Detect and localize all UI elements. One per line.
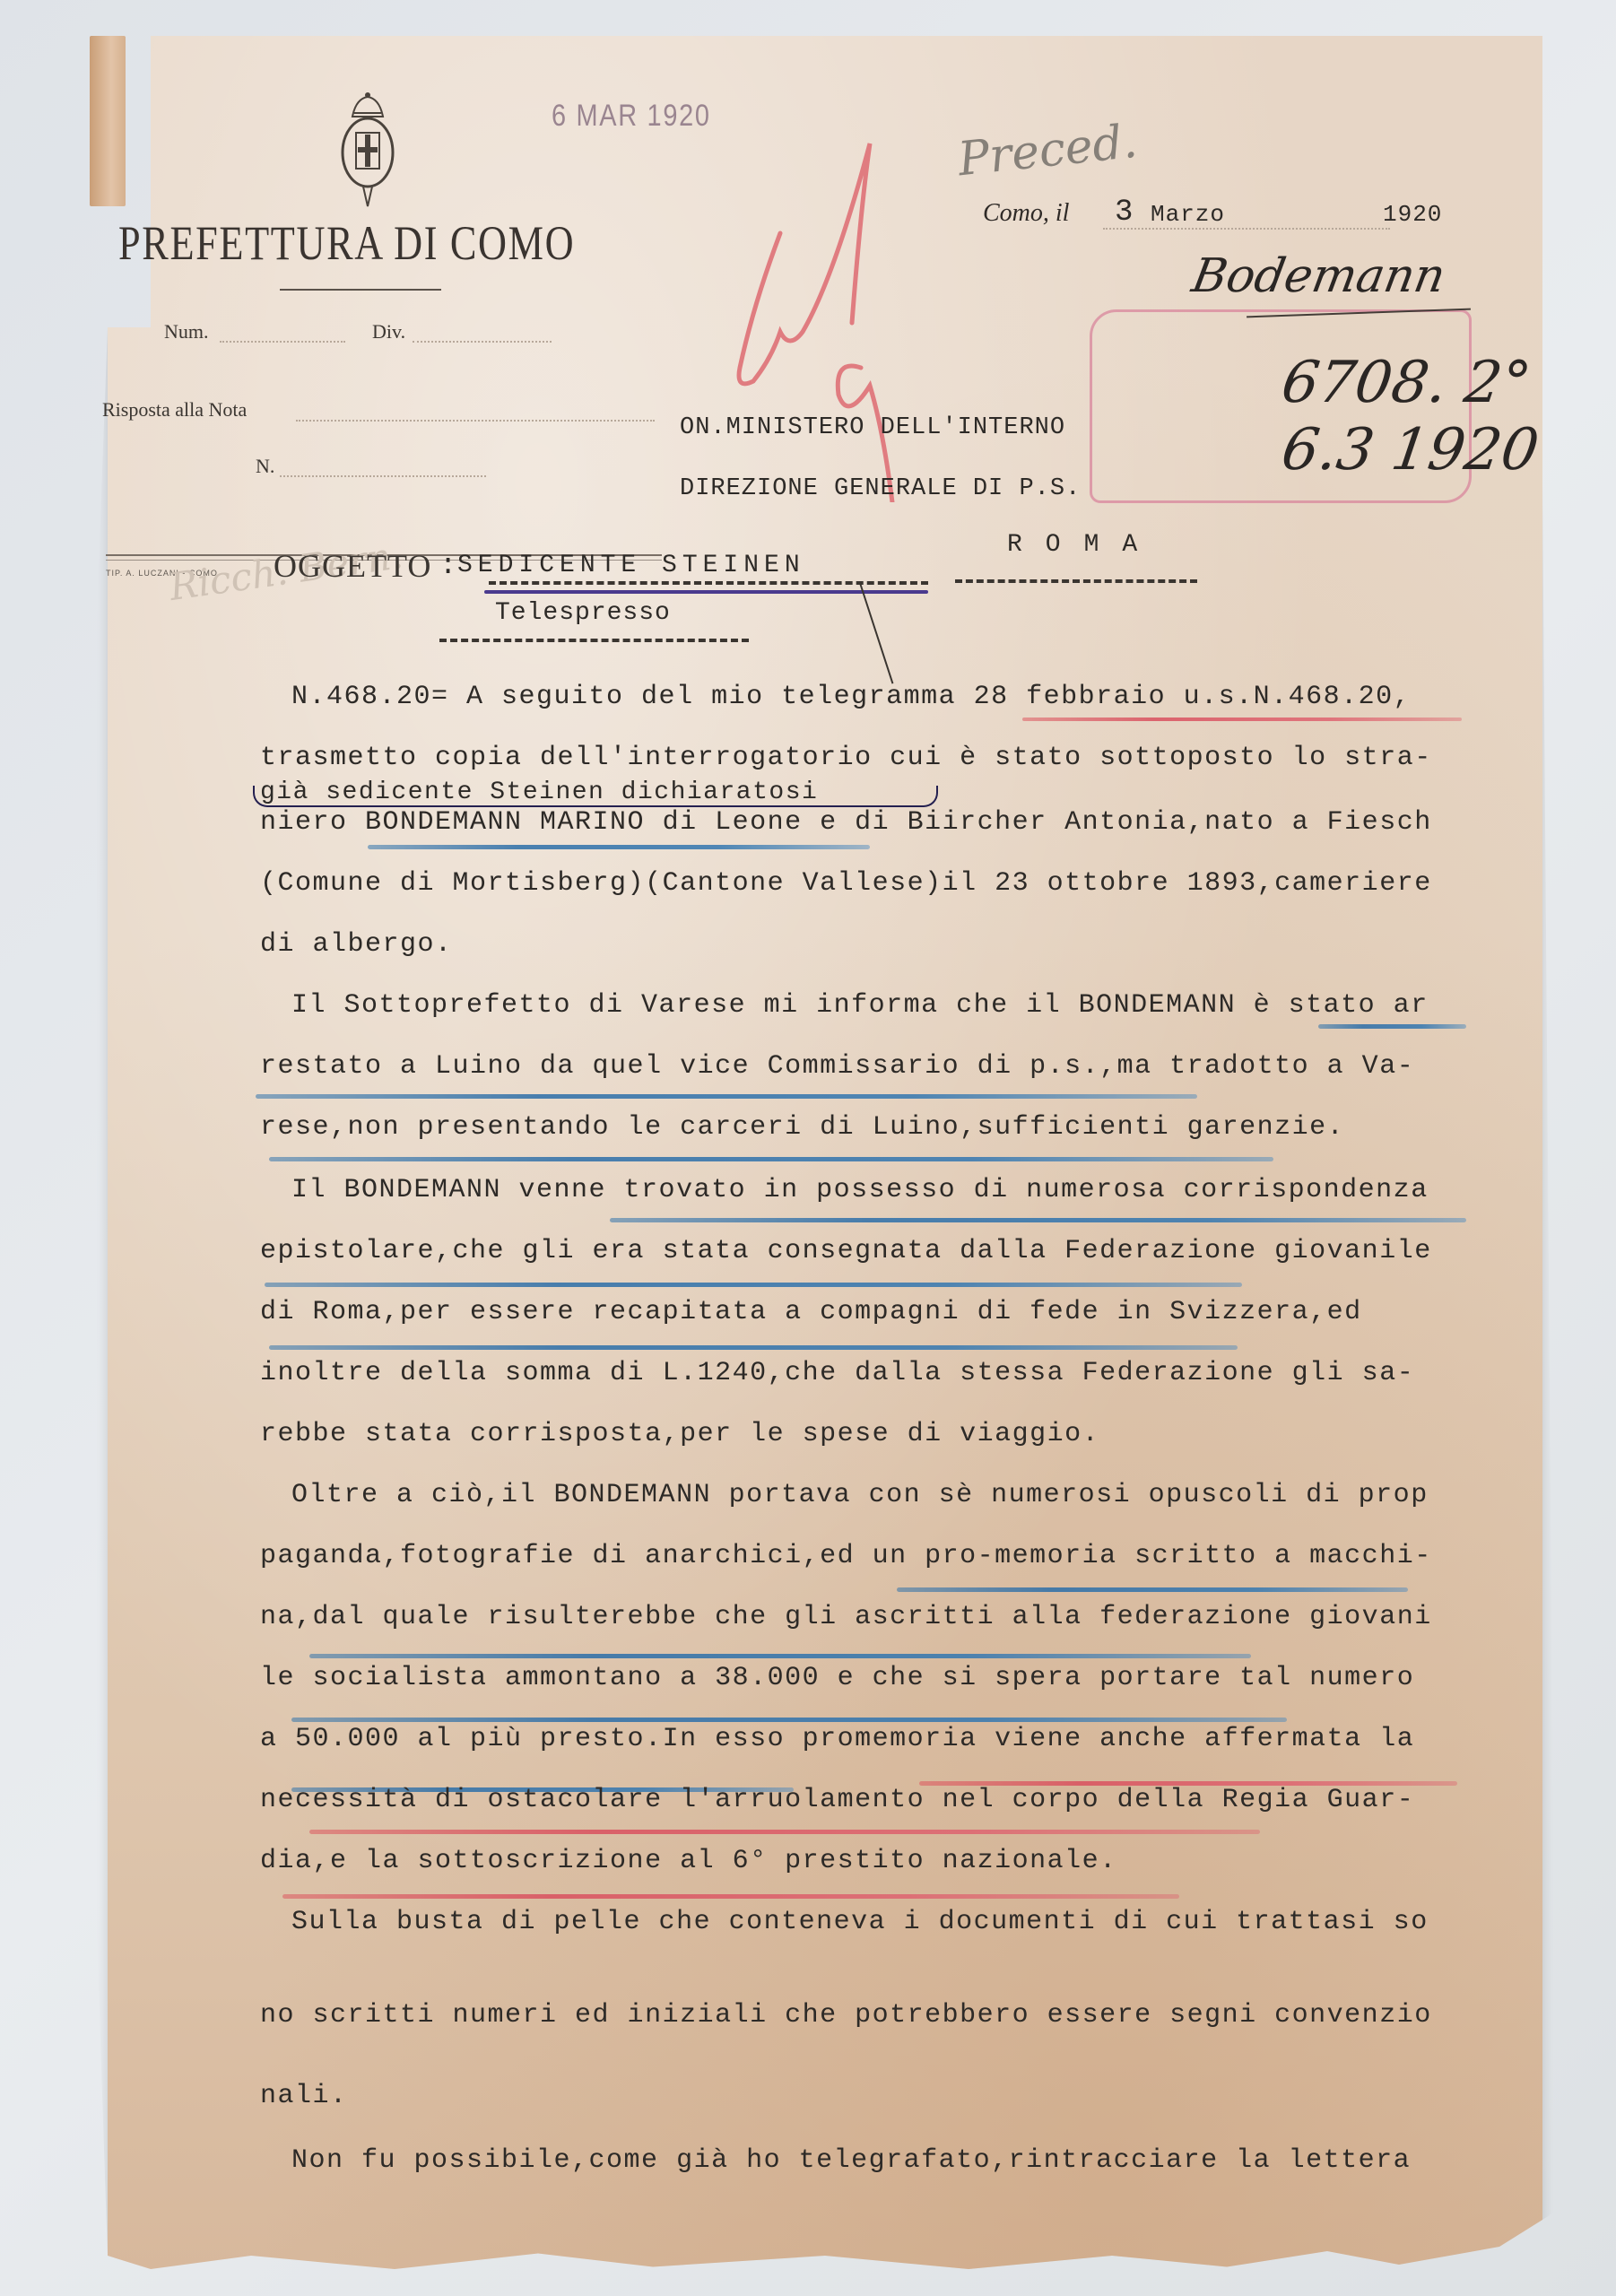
subject-dashes bbox=[489, 581, 928, 585]
body-line: paganda,fotografie di anarchici,ed un pr… bbox=[260, 1541, 1432, 1571]
blue-underline bbox=[1318, 1024, 1466, 1029]
body-line: a 50.000 al più presto.In esso promemori… bbox=[260, 1724, 1414, 1754]
dateline-year: 1920 bbox=[1383, 201, 1442, 228]
office-title: PREFETTURA DI COMO bbox=[118, 215, 575, 271]
city-dashes bbox=[955, 579, 1197, 583]
num-label: Num. bbox=[164, 320, 209, 344]
red-underline bbox=[282, 1894, 1179, 1899]
body-line: restato a Luino da quel vice Commissario… bbox=[260, 1051, 1414, 1082]
body-line: Non fu possibile,come già ho telegrafato… bbox=[291, 2145, 1411, 2176]
savoy-crest-icon bbox=[336, 90, 399, 224]
title-rule bbox=[280, 289, 441, 291]
blue-underline bbox=[265, 1283, 1242, 1287]
subject-colon: : bbox=[439, 549, 457, 582]
dateline-month: Marzo bbox=[1151, 201, 1225, 228]
body-line: epistolare,che gli era stata consegnata … bbox=[260, 1236, 1432, 1266]
registry-date: 6.3 1920 bbox=[1278, 417, 1542, 483]
num-field bbox=[220, 341, 345, 343]
body-line: nali. bbox=[260, 2081, 348, 2111]
blue-underline bbox=[269, 1157, 1273, 1161]
red-underline bbox=[1022, 717, 1462, 721]
torn-edge-fold bbox=[90, 36, 126, 206]
subject-sub: Telespresso bbox=[495, 599, 671, 627]
body-line: rebbe stata corrisposta,per le spese di … bbox=[260, 1419, 1099, 1449]
blue-underline bbox=[256, 1094, 1197, 1099]
body-line: Sulla busta di pelle che conteneva i doc… bbox=[291, 1907, 1429, 1937]
note-number-field bbox=[280, 475, 486, 477]
recipient-line-2: DIREZIONE GENERALE DI P.S. bbox=[680, 475, 1081, 502]
body-line: rese,non presentando le carceri di Luino… bbox=[260, 1112, 1344, 1143]
body-line: necessità di ostacolare l'arruolamento n… bbox=[260, 1785, 1414, 1815]
subject-label: OGGETTO bbox=[274, 547, 431, 585]
body-line: dia,e la sottoscrizione al 6° prestito n… bbox=[260, 1846, 1117, 1876]
body-line: Il Sottoprefetto di Varese mi informa ch… bbox=[291, 990, 1429, 1021]
red-underline bbox=[309, 1830, 1260, 1834]
div-label: Div. bbox=[372, 320, 405, 344]
body-line: di albergo. bbox=[260, 929, 453, 960]
body-line: no scritti numeri ed iniziali che potreb… bbox=[260, 2000, 1432, 2031]
body-line: trasmetto copia dell'interrogatorio cui … bbox=[260, 743, 1432, 773]
red-pencil-mark-icon bbox=[726, 126, 924, 502]
reply-note-field bbox=[296, 420, 655, 422]
blue-underline bbox=[269, 1345, 1238, 1350]
dateline-place: Como, il bbox=[983, 199, 1069, 228]
note-number-label: N. bbox=[256, 455, 274, 478]
body-line: Il BONDEMANN venne trovato in possesso d… bbox=[291, 1175, 1429, 1205]
body-line: niero BONDEMANN MARINO di Leone e di Bii… bbox=[260, 807, 1432, 838]
received-date-stamp: 6 MAR 1920 bbox=[552, 99, 711, 134]
body-line: inoltre della somma di L.1240,che dalla … bbox=[260, 1358, 1414, 1388]
blue-underline bbox=[309, 1654, 1251, 1658]
registry-number: 6708. 2° bbox=[1278, 350, 1535, 416]
insertion-bracket bbox=[253, 786, 938, 807]
blue-underline bbox=[368, 845, 870, 849]
blue-underline bbox=[897, 1587, 1408, 1592]
blue-underline bbox=[291, 1718, 1287, 1722]
subject-value: SEDICENTE STEINEN bbox=[457, 552, 805, 579]
body-line: N.468.20= A seguito del mio telegramma 2… bbox=[291, 682, 1411, 712]
body-line: le socialista ammontano a 38.000 e che s… bbox=[260, 1663, 1414, 1693]
body-line: na,dal quale risulterebbe che gli ascrit… bbox=[260, 1602, 1432, 1632]
dateline-dots bbox=[1103, 228, 1390, 230]
dateline-day: 3 bbox=[1115, 196, 1134, 230]
blue-underline bbox=[610, 1218, 1466, 1222]
recipient-line-1: ON.MINISTERO DELL'INTERNO bbox=[680, 414, 1065, 441]
div-field bbox=[413, 341, 552, 343]
body-line: di Roma,per essere recapitata a compagni… bbox=[260, 1297, 1362, 1327]
body-line: Oltre a ciò,il BONDEMANN portava con sè … bbox=[291, 1480, 1429, 1510]
reply-note-label: Risposta alla Nota bbox=[102, 398, 247, 422]
subject-sub-dashes bbox=[439, 639, 749, 642]
recipient-city: ROMA bbox=[1007, 531, 1160, 559]
registry-name: Bodemann bbox=[1188, 249, 1449, 303]
body-line: (Comune di Mortisberg)(Cantone Vallese)i… bbox=[260, 868, 1432, 899]
